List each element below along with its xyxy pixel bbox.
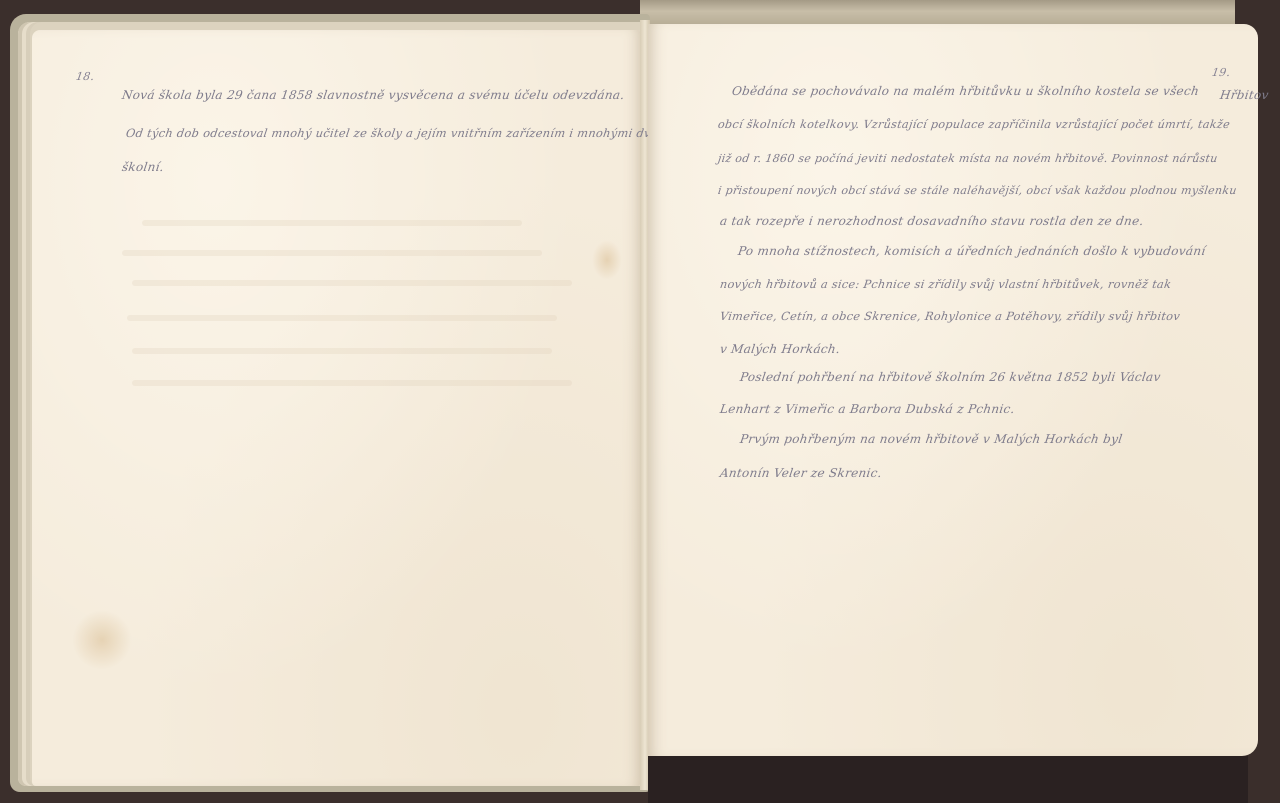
handwritten-line: Obědána se pochovávalo na malém hřbitůvk…: [731, 84, 1200, 98]
bleed-through: [132, 380, 572, 386]
right-page: 19. Hřbitov Obědána se pochovávalo na ma…: [648, 24, 1258, 756]
handwritten-line: Po mnoha stížnostech, komisích a úředníc…: [737, 244, 1207, 258]
handwritten-line: Antonín Veler ze Skrenic.: [719, 466, 883, 480]
page-number: 19.: [1211, 66, 1231, 79]
handwritten-line: a tak rozepře i nerozhodnost dosavadního…: [719, 214, 1145, 228]
handwritten-line: školní.: [121, 160, 165, 174]
handwritten-line: i přistoupení nových obcí stává se stále…: [717, 184, 1238, 197]
paper-stain: [592, 240, 622, 280]
page-number: 18.: [75, 70, 95, 83]
bleed-through: [142, 220, 522, 226]
bleed-through: [132, 280, 572, 286]
background-bottom-right: [648, 756, 1248, 803]
handwritten-line: v Malých Horkách.: [719, 342, 841, 356]
bleed-through: [127, 315, 557, 321]
handwritten-line: Lenhart z Vimeřic a Barbora Dubská z Pch…: [719, 402, 1016, 416]
handwritten-line: Prvým pohřbeným na novém hřbitově v Malý…: [739, 432, 1123, 446]
handwritten-line: již od r. 1860 se počíná jeviti nedostat…: [717, 152, 1218, 165]
paper-stain: [72, 610, 132, 670]
bleed-through: [122, 250, 542, 256]
handwritten-line: Poslední pohřbení na hřbitově školním 26…: [739, 370, 1162, 384]
handwritten-line: obcí školních kotelkovy. Vzrůstající pop…: [717, 118, 1231, 131]
bleed-through: [132, 348, 552, 354]
margin-note: Hřbitov: [1219, 88, 1270, 102]
handwritten-line: Vimeřice, Cetín, a obce Skrenice, Rohylo…: [719, 310, 1181, 323]
left-page: 18. Nová škola byla 29 čana 1858 slavnos…: [32, 30, 640, 786]
handwritten-line: Nová škola byla 29 čana 1858 slavnostně …: [121, 88, 626, 102]
handwritten-line: nových hřbitovů a sice: Pchnice si zřídi…: [719, 278, 1172, 291]
